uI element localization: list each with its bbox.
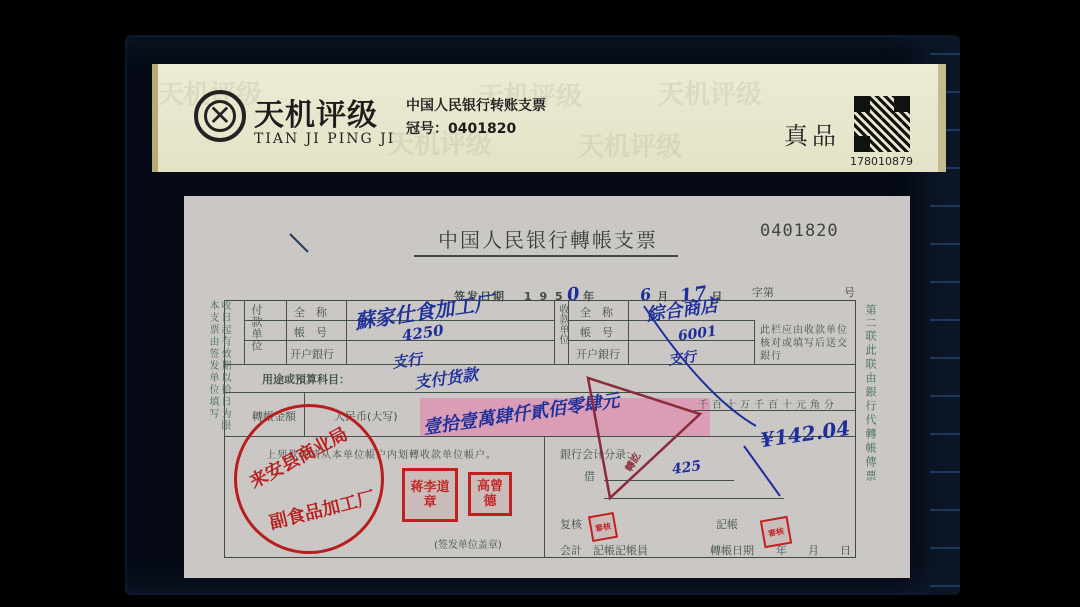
watermark: 天机评级: [578, 126, 682, 163]
cheque: 中国人民银行轉帳支票 0401820 签发日期1 9 50年6月17日 字第 号…: [184, 196, 910, 578]
logo-icon: [194, 90, 246, 142]
verdict: 真品: [784, 116, 840, 151]
watermark: 天机评级: [658, 74, 762, 111]
grading-label: 天机评级 天机评级 天机评级 天机评级 天机评级 天机评级 TIAN JI PI…: [152, 64, 946, 172]
qr-code-icon[interactable]: [854, 96, 910, 152]
serial-number: 冠号：0401820: [406, 118, 516, 138]
item-title: 中国人民银行转账支票: [406, 95, 546, 115]
cert-number: 178010879: [850, 155, 913, 168]
brand-name: 天机评级: [254, 90, 378, 134]
ink-strokes: [184, 196, 910, 578]
brand-name-en: TIAN JI PING JI: [254, 131, 395, 147]
